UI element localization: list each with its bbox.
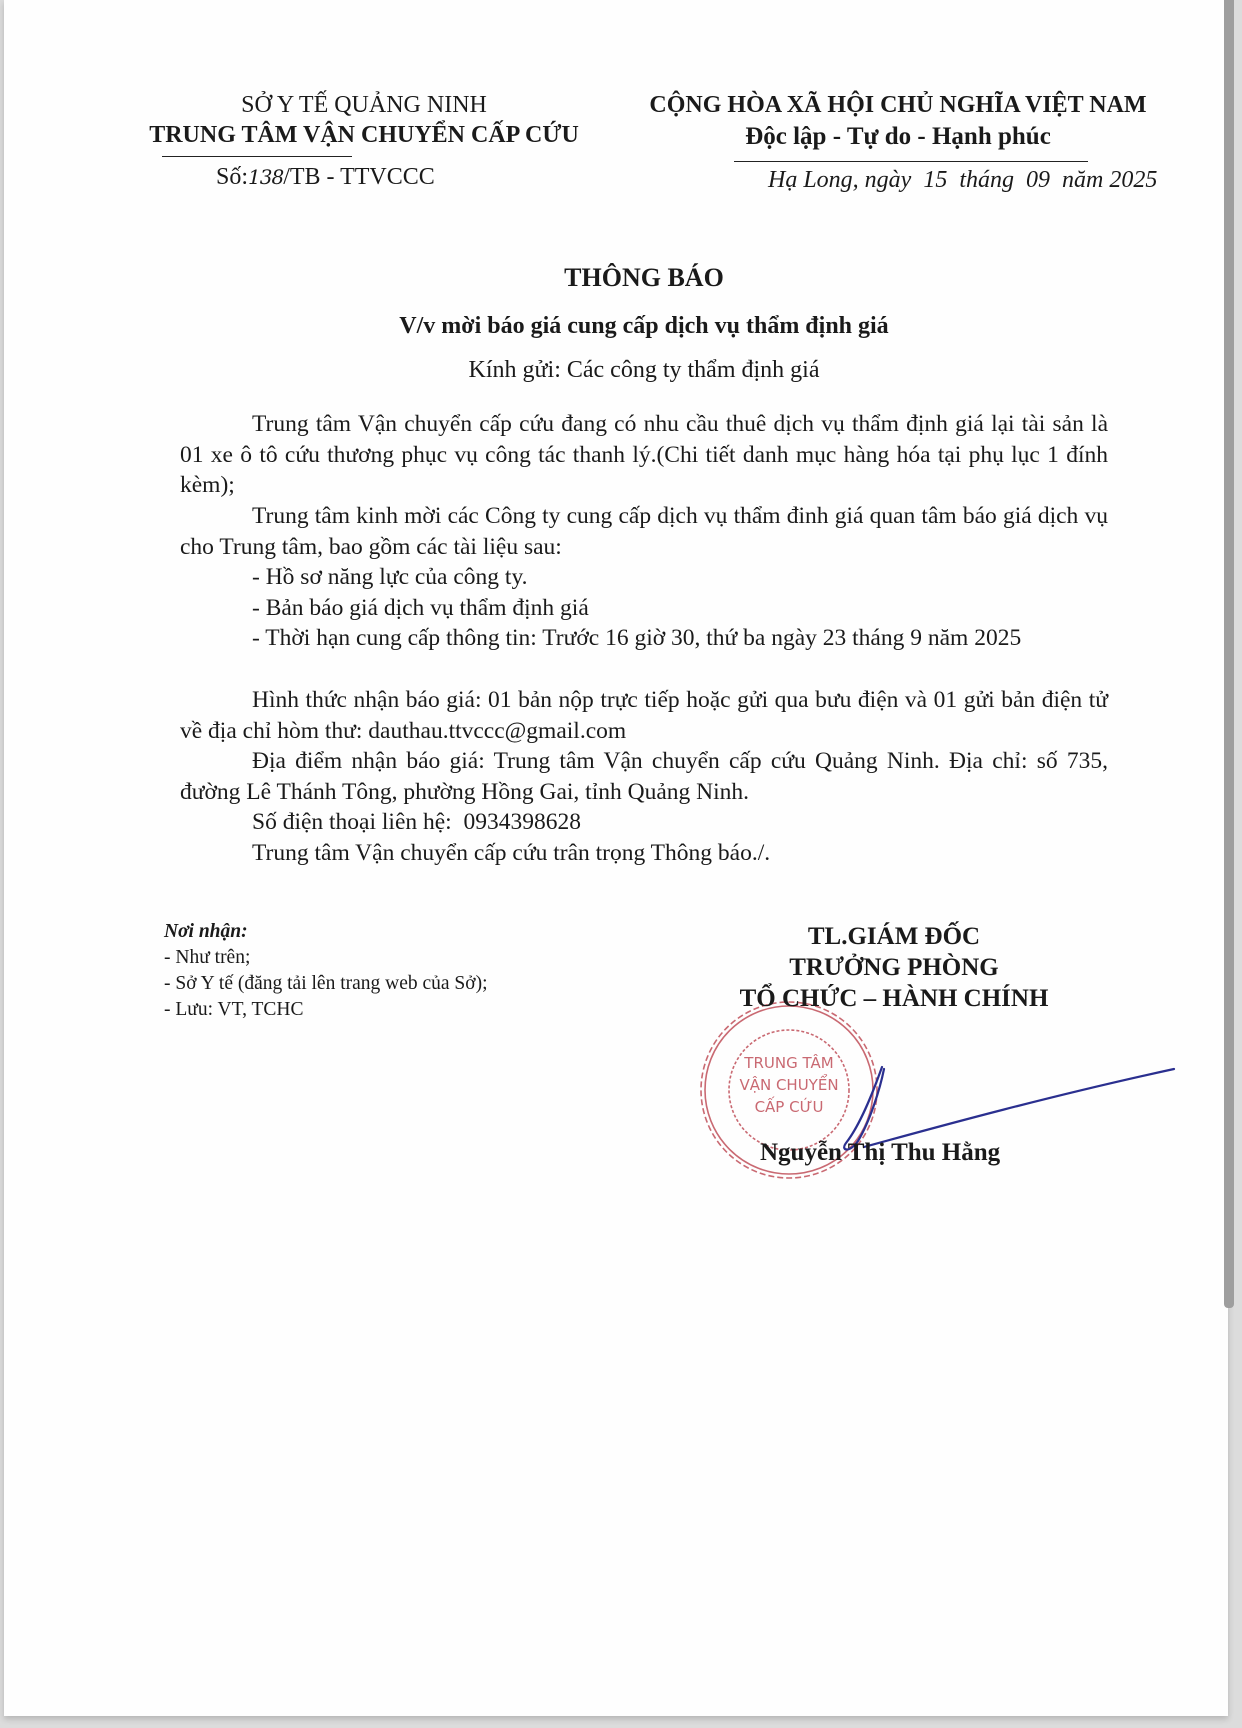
document-number: Số:138/TB - TTVCCC: [216, 162, 435, 192]
list-item-profile: - Hồ sơ năng lực của công ty.: [252, 562, 528, 593]
vertical-scrollbar[interactable]: [1224, 0, 1234, 1308]
place-date: Hạ Long, ngày 15 tháng 09 năm 2025: [768, 165, 1157, 195]
nation-title: CỘNG HÒA XÃ HỘI CHỦ NGHĨA VIỆT NAM: [608, 90, 1188, 120]
header-left-underline: [162, 156, 352, 157]
paragraph-invitation: Trung tâm kinh mời các Công ty cung cấp …: [180, 501, 1108, 562]
document-subject: V/v mời báo giá cung cấp dịch vụ thẩm đị…: [180, 310, 1108, 342]
paragraph-submission: Hình thức nhận báo giá: 01 bản nộp trực …: [180, 685, 1108, 746]
recipients-label: Nơi nhận:: [164, 920, 248, 944]
national-motto: Độc lập - Tự do - Hạnh phúc: [698, 122, 1098, 152]
signer-name: Nguyễn Thị Thu Hằng: [760, 1138, 1000, 1168]
header-right-underline: [734, 161, 1088, 162]
document-page: SỞ Y TẾ QUẢNG NINH TRUNG TÂM VẬN CHUYỂN …: [4, 0, 1228, 1716]
stamp-line-3: CẤP CỨU: [755, 1095, 824, 1116]
recipient-item: - Sở Y tế (đăng tải lên trang web của Sở…: [164, 972, 488, 996]
closing-line: Trung tâm Vận chuyển cấp cứu trân trọng …: [252, 838, 770, 869]
paragraph-location: Địa điểm nhận báo giá: Trung tâm Vận chu…: [180, 746, 1108, 807]
paragraph-request: Trung tâm Vận chuyển cấp cứu đang có nhu…: [180, 409, 1108, 501]
unit-name: TRUNG TÂM VẬN CHUYỂN CẤP CỨU: [84, 120, 644, 150]
recipient-item: - Như trên;: [164, 946, 250, 970]
signer-authority: TL.GIÁM ĐỐC: [694, 922, 1094, 952]
signer-position: TRƯỞNG PHÒNG: [694, 953, 1094, 983]
stamp-line-1: TRUNG TÂM: [743, 1053, 833, 1072]
list-item-quotation: - Bản báo giá dịch vụ thẩm định giá: [252, 593, 589, 624]
number-handwritten: 138: [248, 165, 283, 189]
list-item-deadline: - Thời hạn cung cấp thông tin: Trước 16 …: [180, 623, 1108, 654]
contact-phone: Số điện thoại liên hệ: 0934398628: [252, 807, 581, 838]
addressee: Kính gửi: Các công ty thẩm định giá: [180, 354, 1108, 386]
recipient-item: - Lưu: VT, TCHC: [164, 998, 304, 1022]
number-prefix: Số:: [216, 164, 248, 190]
document-heading: THÔNG BÁO: [180, 262, 1108, 294]
number-suffix: /TB - TTVCCC: [283, 164, 435, 190]
signer-department: TỔ CHỨC – HÀNH CHÍNH: [694, 984, 1094, 1014]
agency-name: SỞ Y TẾ QUẢNG NINH: [154, 90, 574, 120]
